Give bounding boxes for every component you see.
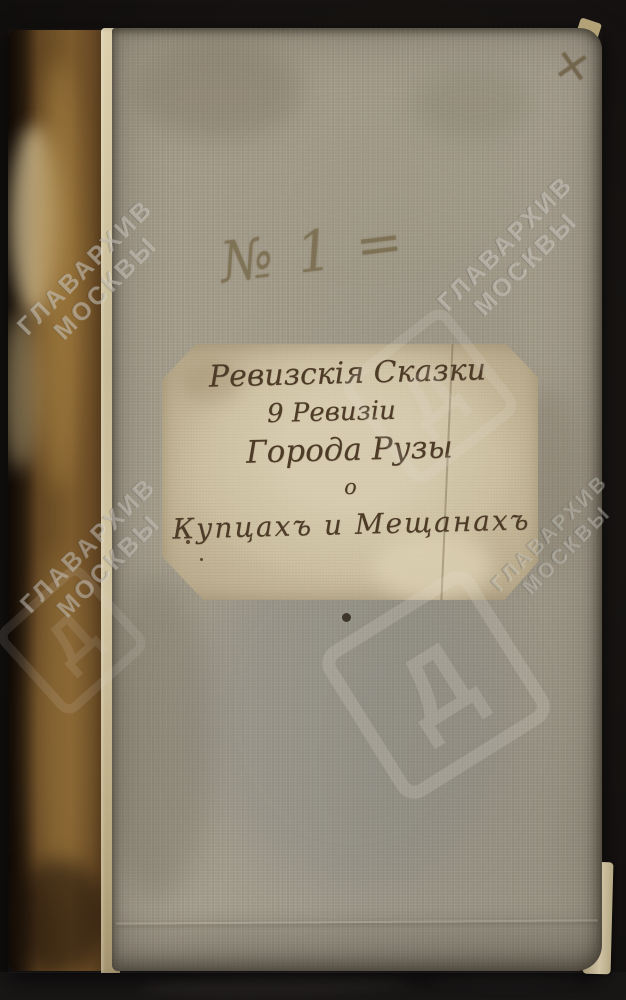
cloth-stain: [132, 43, 302, 138]
cover-bottom-shadow: [112, 906, 602, 971]
leather-spine: [8, 30, 108, 971]
spine-shadow: [8, 860, 108, 971]
book-cover: ✕ № 1 = Ревизскія Сказки 9 Ревизіи Город…: [8, 28, 602, 973]
x-mark: ✕: [539, 34, 605, 103]
cloth-stain: [412, 68, 532, 138]
ink-dot: [342, 613, 351, 622]
surface-streak: [430, 972, 580, 988]
logo-letter: Д: [35, 602, 109, 678]
logo-letter: Д: [379, 624, 492, 747]
scan-background: ✕ № 1 = Ревизскія Сказки 9 Ревизіи Город…: [0, 0, 626, 1000]
logo-letter: Д: [388, 352, 473, 440]
label-line-estates: Купцахъ и Мещанахъ: [172, 503, 531, 545]
label-line-o: о: [344, 475, 357, 499]
